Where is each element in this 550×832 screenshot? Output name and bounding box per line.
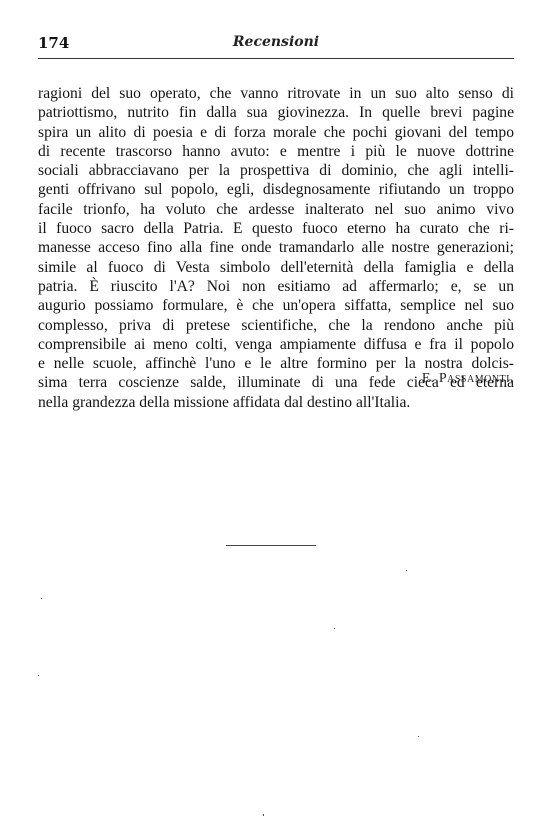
text-line: augurio possiamo formulare, è che un'ope… xyxy=(38,296,514,315)
closing-rule xyxy=(226,545,316,546)
scan-speck xyxy=(418,736,419,737)
text-line: complesso, priva di pretese scientifiche… xyxy=(38,316,514,335)
scan-speck xyxy=(263,814,264,816)
text-line: il fuoco sacro della Patria. E questo fu… xyxy=(38,219,514,238)
scanned-page: 174 Recensioni ragioni del suo operato, … xyxy=(0,0,550,832)
author-signature: E. Passamonti. xyxy=(422,371,514,387)
text-line: sociali abbracciavano per la prospettiva… xyxy=(38,161,514,180)
text-line: simile al fuoco di Vesta simbolo dell'et… xyxy=(38,258,514,277)
page-header: 174 Recensioni xyxy=(38,34,514,54)
scan-speck xyxy=(406,570,407,571)
text-line: comprensibile ai meno colti, venga ampia… xyxy=(38,335,514,354)
text-line: di recente trascorso hanno avuto: e ment… xyxy=(38,142,514,161)
running-title: Recensioni xyxy=(38,34,514,50)
header-rule xyxy=(38,58,514,59)
scan-speck xyxy=(41,598,42,599)
text-line: patriottismo, nutrito fin dalla sua giov… xyxy=(38,103,514,122)
text-line: genti offrivano sul popolo, egli, disdeg… xyxy=(38,180,514,199)
text-line: facile trionfo, ha voluto che ardesse in… xyxy=(38,200,514,219)
text-line: patria. È riuscito l'A? Noi non esitiamo… xyxy=(38,277,514,296)
scan-speck xyxy=(38,675,39,676)
text-line: manesse acceso fino alla fine onde trama… xyxy=(38,238,514,257)
review-text: ragioni del suo operato, che vanno ritro… xyxy=(38,84,514,412)
text-line: spira un alito di poesia e di forza mora… xyxy=(38,123,514,142)
text-line: ragioni del suo operato, che vanno ritro… xyxy=(38,84,514,103)
text-line: nella grandezza della missione affidata … xyxy=(38,393,514,412)
scan-speck xyxy=(334,628,335,629)
